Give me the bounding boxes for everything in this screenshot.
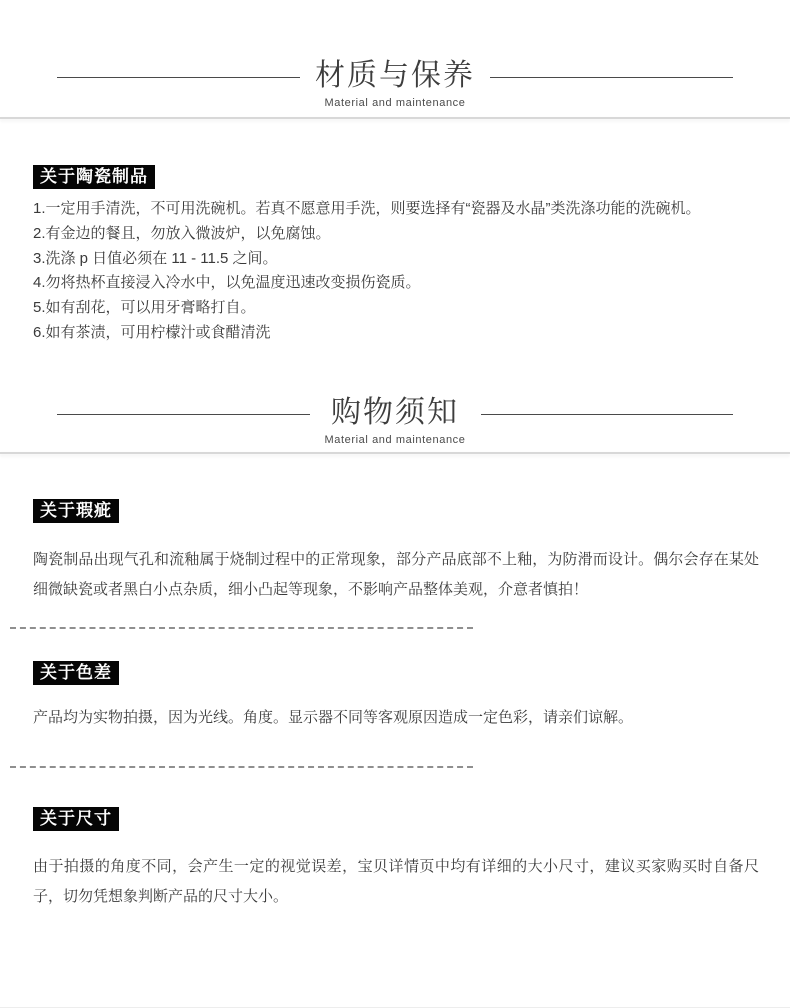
header-line-left: [57, 414, 310, 415]
header-text-notice: 购物须知 Material and maintenance: [310, 394, 481, 447]
care-instruction-list: 1.一定用手清洗，不可用洗碗机。若真不愿意用手洗，则要选择有“瓷器及水晶”类洗涤…: [33, 197, 763, 346]
care-item-6: 6.如有茶渍，可用柠檬汁或食醋清洗: [33, 321, 763, 346]
label-size: 关于尺寸: [33, 807, 119, 831]
label-flaws: 关于瑕疵: [33, 499, 119, 523]
dashed-separator: [10, 627, 473, 629]
label-ceramic-products: 关于陶瓷制品: [33, 165, 155, 189]
section-title-notice: 购物须知: [325, 394, 466, 432]
dashed-separator: [10, 766, 473, 768]
care-item-3: 3.洗涤 p 日值必须在 11 - 11.5 之间。: [33, 247, 763, 272]
section-divider: [0, 452, 790, 454]
flaws-paragraph: 陶瓷制品出现气孔和流釉属于烧制过程中的正常现象，部分产品底部不上釉，为防滑而设计…: [33, 545, 759, 605]
care-item-1: 1.一定用手清洗，不可用洗碗机。若真不愿意用手洗，则要选择有“瓷器及水晶”类洗涤…: [33, 197, 763, 222]
care-item-2: 2.有金边的餐且，勿放入微波炉，以免腐蚀。: [33, 222, 763, 247]
color-difference-paragraph: 产品均为实物拍摄，因为光线。角度。显示器不同等客观原因造成一定色彩，请亲们谅解。: [33, 703, 759, 733]
header-line-left: [57, 77, 300, 78]
header-line-right: [490, 77, 733, 78]
size-paragraph: 由于拍摄的角度不同，会产生一定的视觉误差，宝贝详情页中均有详细的大小尺寸，建议买…: [33, 852, 759, 912]
care-item-5: 5.如有刮花，可以用牙膏略打自。: [33, 296, 763, 321]
section-header-notice: 购物须知 Material and maintenance: [0, 394, 790, 447]
section-subtitle-notice: Material and maintenance: [325, 434, 466, 447]
label-color-difference: 关于色差: [33, 661, 119, 685]
header-text-material: 材质与保养 Material and maintenance: [300, 57, 490, 110]
section-title-material: 材质与保养: [315, 57, 475, 95]
header-line-right: [481, 414, 734, 415]
section-header-material: 材质与保养 Material and maintenance: [0, 57, 790, 110]
care-item-4: 4.勿将热杯直接浸入冷水中，以免温度迅速改变损伤瓷质。: [33, 271, 763, 296]
section-subtitle-material: Material and maintenance: [315, 97, 475, 110]
section-divider: [0, 117, 790, 119]
product-detail-care-page: 材质与保养 Material and maintenance 关于陶瓷制品 1.…: [0, 0, 790, 1008]
